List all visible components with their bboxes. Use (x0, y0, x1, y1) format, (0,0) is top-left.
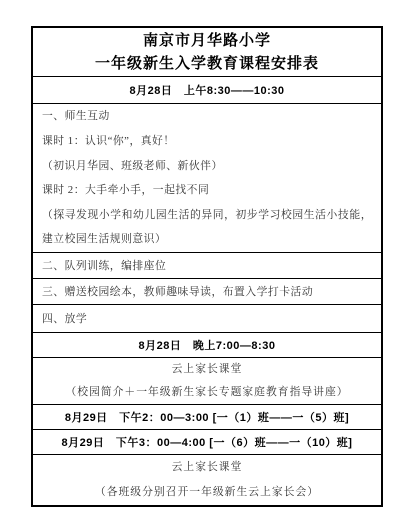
activity3-row: 三、赠送校园绘本，教师趣味导读，布置入学打卡活动 (33, 278, 381, 305)
activity1-cell: 一、师生互动 课时 1：认识“你”，真好！ （初识月华园、班级老师、新伙伴） 课… (33, 103, 381, 252)
evening-program-title: 云上家长课堂 (33, 358, 381, 381)
activity4-row: 四、放学 (33, 304, 381, 332)
lesson1-title: 课时 1：认识“你”，真好！ (42, 129, 372, 154)
evening-session-header-row: 8月28日 晚上7:00—8:30 (33, 332, 381, 357)
activity4-text: 四、放学 (42, 311, 372, 326)
day2-session2-header-row: 8月29日 下午3：00—4:00 [一（6）班——一（10）班] (33, 429, 381, 454)
activity2-text: 二、队列训练，编排座位 (42, 258, 372, 273)
schedule-subtitle: 一年级新生入学教育课程安排表 (33, 52, 381, 75)
evening-session-datetime: 8月28日 晚上7:00—8:30 (33, 337, 381, 353)
table-title-cell: 南京市月华路小学 一年级新生入学教育课程安排表 (33, 28, 381, 76)
lesson1-note: （初识月华园、班级老师、新伙伴） (42, 154, 372, 179)
day2-program-cell: 云上家长课堂 （各班级分别召开一年级新生云上家长会） (33, 454, 381, 505)
day2-session1-header-row: 8月29日 下午2：00—3:00 [一（1）班——一（5）班] (33, 404, 381, 429)
morning-session-header-row: 8月28日 上午8:30——10:30 (33, 76, 381, 103)
evening-program-cell: 云上家长课堂 （校园简介＋一年级新生家长专题家庭教育指导讲座） (33, 357, 381, 404)
schedule-table: 南京市月华路小学 一年级新生入学教育课程安排表 8月28日 上午8:30——10… (31, 26, 383, 507)
morning-session-datetime: 8月28日 上午8:30——10:30 (33, 82, 381, 98)
activity1-heading: 一、师生互动 (42, 104, 372, 129)
lesson2-title: 课时 2：大手牵小手，一起找不同 (42, 178, 372, 203)
school-name: 南京市月华路小学 (33, 29, 381, 52)
lesson2-note: （探寻发现小学和幼儿园生活的异同，初步学习校园生活小技能，建立校园生活规则意识） (42, 203, 372, 252)
day2-session2-datetime: 8月29日 下午3：00—4:00 [一（6）班——一（10）班] (33, 434, 381, 450)
activity3-text: 三、赠送校园绘本，教师趣味导读，布置入学打卡活动 (42, 284, 372, 299)
evening-program-note: （校园简介＋一年级新生家长专题家庭教育指导讲座） (33, 381, 381, 404)
day2-session1-datetime: 8月29日 下午2：00—3:00 [一（1）班——一（5）班] (33, 409, 381, 425)
day2-program-title: 云上家长课堂 (33, 455, 381, 480)
day2-program-note: （各班级分别召开一年级新生云上家长会） (33, 480, 381, 505)
activity2-row: 二、队列训练，编排座位 (33, 252, 381, 278)
document-page: 南京市月华路小学 一年级新生入学教育课程安排表 8月28日 上午8:30——10… (0, 0, 416, 516)
